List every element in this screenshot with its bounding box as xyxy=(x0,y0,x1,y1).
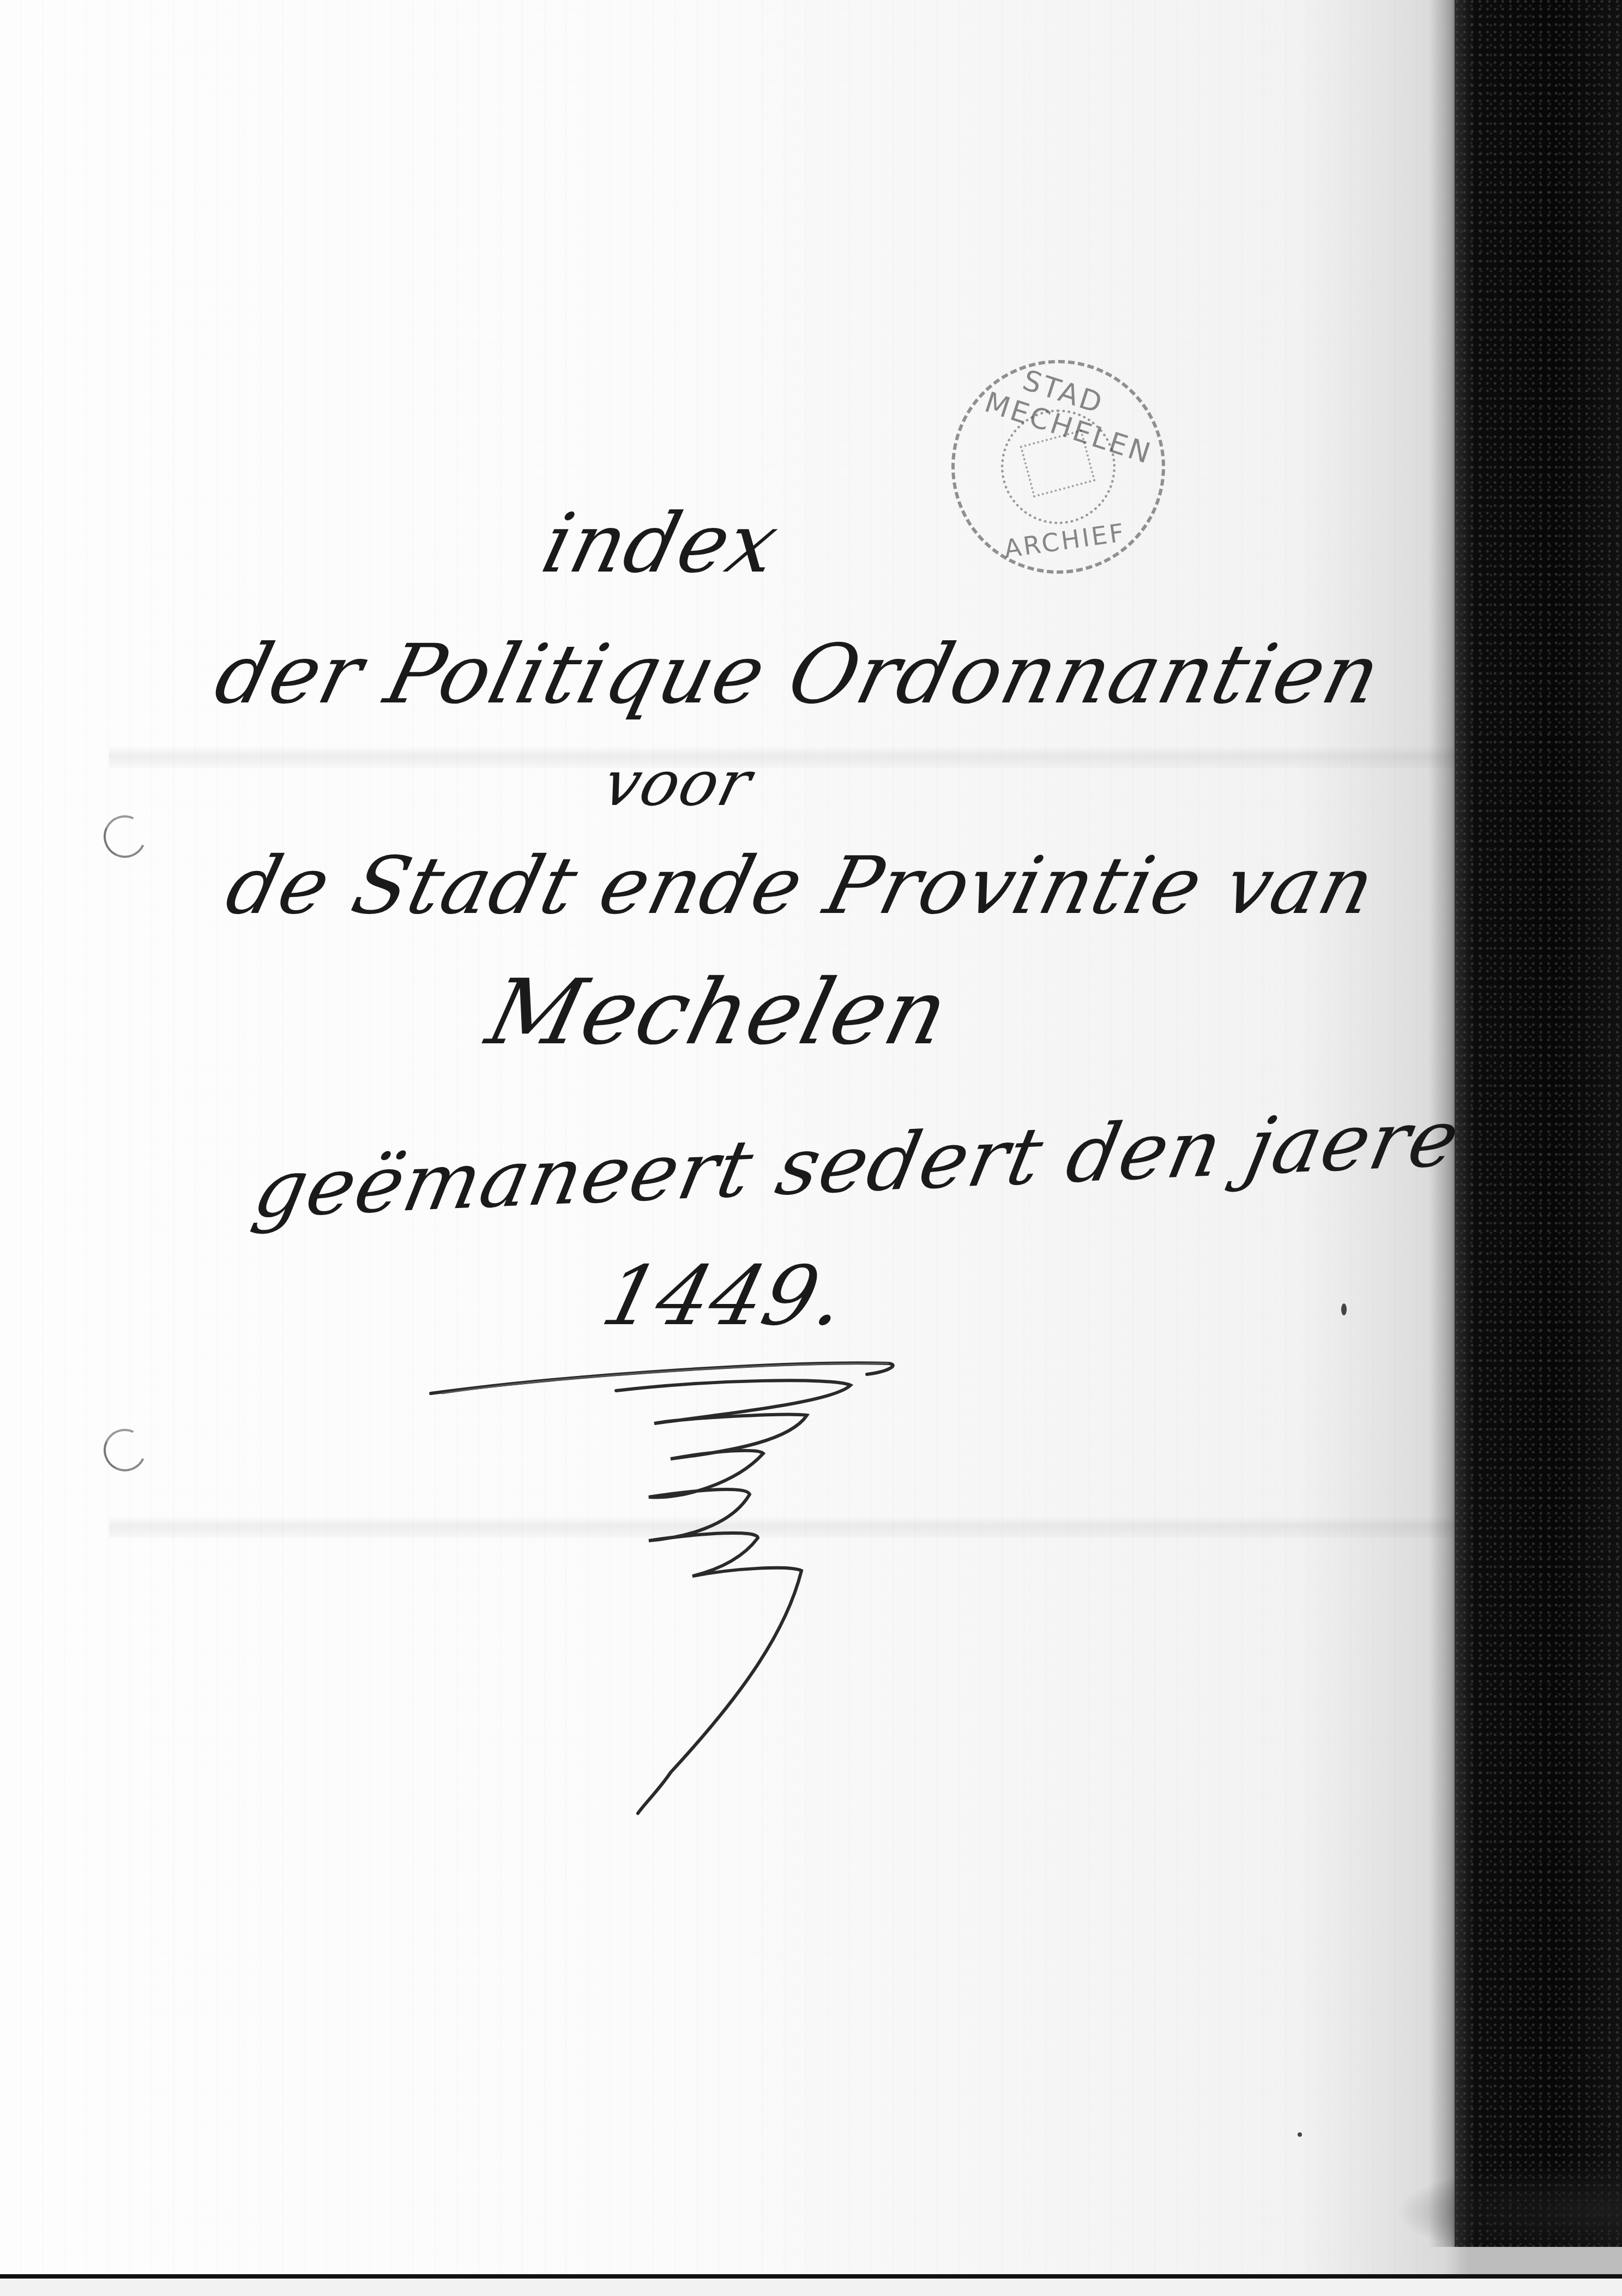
punch-hole-icon xyxy=(98,809,152,864)
title-line-ordonnantien: der Politique Ordonnantien xyxy=(206,627,1390,722)
title-line-stadt-provintie: de Stadt ende Provintie van xyxy=(218,840,1384,932)
scanned-page: STAD MECHELEN ARCHIEF index der Politiqu… xyxy=(0,0,1622,2296)
title-line-index: index xyxy=(533,496,788,591)
archive-stamp: STAD MECHELEN ARCHIEF xyxy=(951,360,1165,574)
book-binding-edge xyxy=(1455,0,1622,2247)
title-line-mechelen: Mechelen xyxy=(478,960,959,1065)
paper-fold-line xyxy=(109,746,1461,768)
title-line-voor: voor xyxy=(596,747,759,820)
title-line-geemaneert: geëmaneert sedert den jaere xyxy=(246,1092,1468,1236)
stamp-text-bottom: ARCHIEF xyxy=(1002,519,1114,563)
corner-shadow xyxy=(1396,2160,1622,2247)
scan-bottom-edge xyxy=(0,2274,1622,2279)
ink-speck xyxy=(1341,1303,1347,1315)
punch-hole-icon xyxy=(98,1423,152,1477)
ink-speck xyxy=(1298,2132,1302,2137)
pen-flourish-icon xyxy=(409,1353,932,1974)
scan-margin xyxy=(0,2279,1622,2296)
title-line-year: 1449. xyxy=(593,1249,857,1344)
